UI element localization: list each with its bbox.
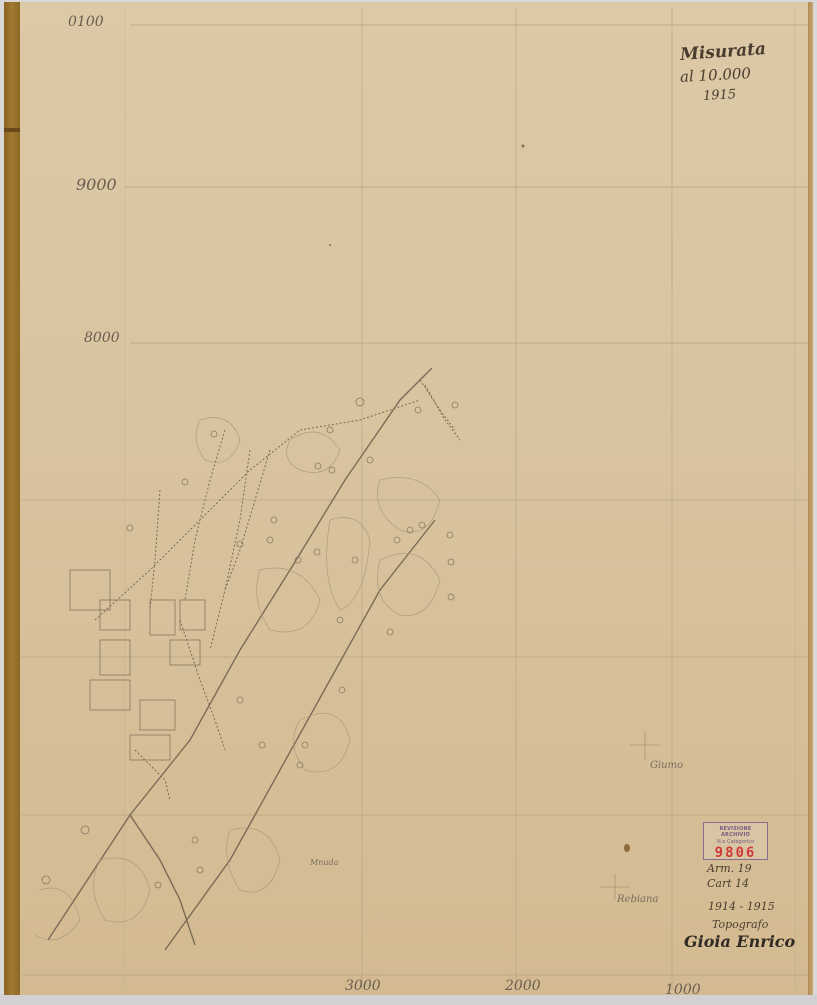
role-note: Topografo	[712, 918, 768, 931]
cartella-note: Cart 14	[707, 877, 749, 890]
stamp-header: REVISIONE ARCHIVIO	[704, 826, 767, 838]
stamp-number: 9806	[704, 845, 767, 861]
archive-stamp: REVISIONE ARCHIVIO N.o Categorico 9806	[703, 822, 768, 860]
grid-label-1000: 1000	[665, 982, 701, 998]
armadio-note: Arm. 19	[707, 862, 752, 875]
coordinate-grid	[22, 8, 808, 990]
place-name-mnuda: Mnuda	[310, 858, 338, 867]
grid-label-9000: 9000	[76, 175, 117, 194]
surveyor-signature: Gioia Enrico	[684, 932, 795, 951]
place-name-rebiana: Rebiana	[617, 894, 658, 905]
grid-label-8000: 8000	[84, 330, 120, 346]
survey-crosses	[600, 732, 660, 900]
grid-label-2000: 2000	[505, 978, 541, 994]
map-scale: al 10.000	[680, 64, 752, 86]
contours	[35, 418, 440, 941]
map-year: 1915	[703, 87, 737, 104]
grid-label-top: 0100	[68, 14, 104, 30]
map-drawing	[0, 0, 817, 1005]
grid-label-3000: 3000	[345, 978, 381, 994]
stains	[329, 145, 630, 853]
hillocks	[42, 398, 458, 888]
date-range-note: 1914 - 1915	[708, 900, 775, 913]
roads	[48, 368, 435, 950]
place-name-giumo: Giumo	[650, 760, 683, 771]
